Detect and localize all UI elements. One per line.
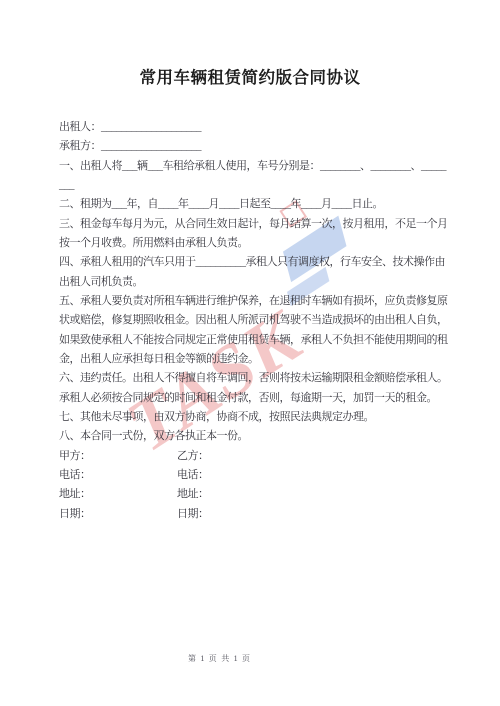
signature-row-party: 甲方：乙方： xyxy=(59,447,445,466)
party-b-date-label: 日期： xyxy=(177,505,209,524)
page-title: 常用车辆租赁简约版合同协议 xyxy=(0,64,500,88)
party-b-phone-label: 电话： xyxy=(177,466,209,485)
lessee-field-line: 承租方：____________________ xyxy=(59,137,445,156)
clause-4-line: 四、承租人租用的汽车只用于__________承租人只有调度权，行车安全、技术操… xyxy=(59,253,445,272)
clause-5-continuation-line-2: 如果致使承租人不能按合同规定正常使用租赁车辆，承租人不负担不能使用期间的租 xyxy=(59,331,445,350)
party-a-phone-label: 电话： xyxy=(59,466,177,485)
clause-4-continuation-line: 出租人司机负责。 xyxy=(59,273,445,292)
lessor-field-line: 出租人：____________________ xyxy=(59,118,445,137)
clause-5-line: 五、承租人要负责对所租车辆进行维护保养，在退租时车辆如有损坏，应负责修复原 xyxy=(59,292,445,311)
clause-1-line: 一、出租人将___辆___车租给承租人使用，车号分别是：________、___… xyxy=(59,157,445,176)
signature-row-phone: 电话：电话： xyxy=(59,466,445,485)
party-a-address-label: 地址： xyxy=(59,485,177,504)
party-b-label: 乙方： xyxy=(177,447,209,466)
signature-row-address: 地址：地址： xyxy=(59,485,445,504)
clause-6-continuation-line: 承租人必须按合同规定的时间和租金付款，否则，每逾期一天，加罚一天的租金。 xyxy=(59,389,445,408)
clause-1-continuation-line: ___ xyxy=(59,176,445,195)
signature-block: 甲方：乙方： 电话：电话： 地址：地址： 日期：日期： xyxy=(59,447,445,524)
clause-2-line: 二、租期为___年，自____年____月____日起至____年____月__… xyxy=(59,195,445,214)
clause-3-line: 三、租金每车每月为元，从合同生效日起计，每月结算一次，按月租用，不足一个月 xyxy=(59,215,445,234)
party-b-address-label: 地址： xyxy=(177,485,209,504)
clause-8-line: 八、本合同一式份，双方各执正本一份。 xyxy=(59,427,445,446)
clause-6-line: 六、违约责任。出租人不得擅自将车调回，否则将按未运输期限租金额赔偿承租人。 xyxy=(59,369,445,388)
clause-7-line: 七、其他未尽事项，由双方协商，协商不成，按照民法典规定办理。 xyxy=(59,408,445,427)
clause-5-continuation-line-1: 状或赔偿，修复期照收租金。因出租人所派司机驾驶不当造成损坏的由出租人自负， xyxy=(59,311,445,330)
clause-3-continuation-line: 按一个月收费。所用燃料由承租人负责。 xyxy=(59,234,445,253)
page-number: 第 1 页 共 1 页 xyxy=(188,653,251,664)
clause-5-continuation-line-3: 金，出租人应承担每日租金等额的违约金。 xyxy=(59,350,445,369)
contract-body: 出租人：____________________ 承租方：___________… xyxy=(59,118,445,524)
contract-document-page: TASK 常用车辆租赁简约版合同协议 出租人：_________________… xyxy=(0,0,500,706)
party-a-date-label: 日期： xyxy=(59,505,177,524)
signature-row-date: 日期：日期： xyxy=(59,505,445,524)
party-a-label: 甲方： xyxy=(59,447,177,466)
